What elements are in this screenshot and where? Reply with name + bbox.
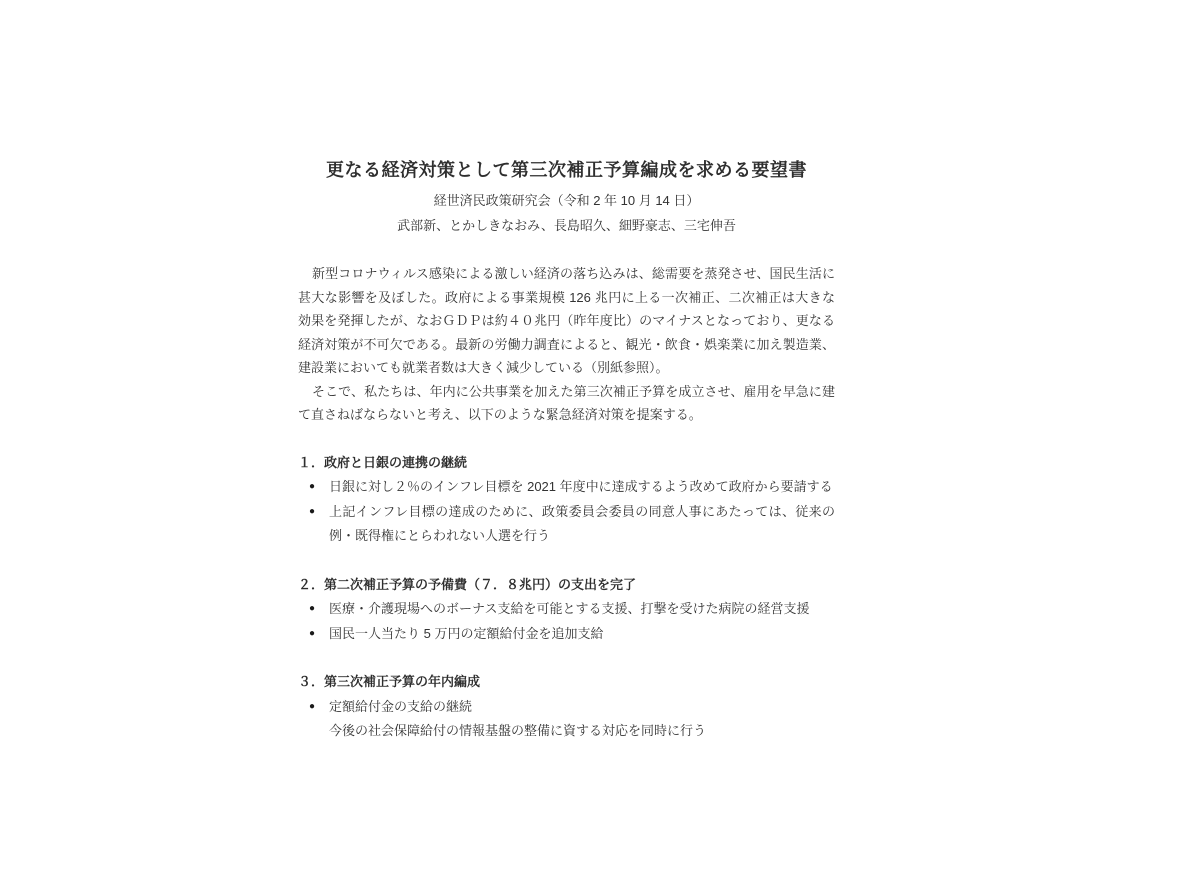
- intro-paragraphs: 新型コロナウィルス感染による激しい経済の落ち込みは、総需要を蒸発させ、国民生活に…: [298, 262, 835, 427]
- bullet-icon: ●: [309, 695, 329, 720]
- bullet-text: 定額給付金の支給の継続: [329, 695, 835, 720]
- document-page: 更なる経済対策として第三次補正予算編成を求める要望書 経世済民政策研究会（令和 …: [298, 158, 835, 744]
- paragraph-2: そこで、私たちは、年内に公共事業を加えた第三次補正予算を成立させ、雇用を早急に建…: [298, 380, 835, 427]
- paragraph-line: 経済対策が不可欠である。最新の労働力調査によると、観光・飲食・娯楽業に加え製造業…: [298, 333, 835, 357]
- bullet-icon: ●: [309, 622, 329, 647]
- bullet-item: ● 上記インフレ目標の達成のために、政策委員会委員の同意人事にあたっては、従来の…: [298, 500, 835, 525]
- section-1: １．政府と日銀の連携の継続 ● 日銀に対し２％のインフレ目標を 2021 年度中…: [298, 451, 835, 549]
- bullet-icon: ●: [309, 500, 329, 525]
- bullet-item: ● 医療・介護現場へのボーナス支給を可能とする支援、打撃を受けた病院の経営支援: [298, 597, 835, 622]
- document-title: 更なる経済対策として第三次補正予算編成を求める要望書: [298, 158, 835, 182]
- paragraph-line: 建設業においても就業者数は大きく減少している（別紙参照）。: [298, 356, 835, 380]
- section-2: ２．第二次補正予算の予備費（７．８兆円）の支出を完了 ● 医療・介護現場へのボー…: [298, 573, 835, 647]
- bullet-continuation-line: 今後の社会保障給付の情報基盤の整備に資する対応を同時に行う: [329, 719, 835, 744]
- bullet-icon: ●: [309, 597, 329, 622]
- bullet-icon: ●: [309, 475, 329, 500]
- section-heading: １．政府と日銀の連携の継続: [298, 451, 835, 476]
- bullet-text: 上記インフレ目標の達成のために、政策委員会委員の同意人事にあたっては、従来の慣: [329, 500, 835, 525]
- paragraph-1: 新型コロナウィルス感染による激しい経済の落ち込みは、総需要を蒸発させ、国民生活に…: [298, 262, 835, 380]
- bullet-continuation-line: 例・既得権にとらわれない人選を行う: [329, 524, 835, 549]
- paragraph-line: そこで、私たちは、年内に公共事業を加えた第三次補正予算を成立させ、雇用を早急に建: [298, 380, 835, 404]
- bullet-text: 医療・介護現場へのボーナス支給を可能とする支援、打撃を受けた病院の経営支援: [329, 597, 835, 622]
- bullet-text: 国民一人当たり 5 万円の定額給付金を追加支給: [329, 622, 835, 647]
- section-3: ３．第三次補正予算の年内編成 ● 定額給付金の支給の継続 今後の社会保障給付の情…: [298, 670, 835, 744]
- document-subtitle: 経世済民政策研究会（令和 2 年 10 月 14 日）: [298, 188, 835, 213]
- section-heading: ２．第二次補正予算の予備費（７．８兆円）の支出を完了: [298, 573, 835, 598]
- bullet-item: ● 国民一人当たり 5 万円の定額給付金を追加支給: [298, 622, 835, 647]
- section-heading: ３．第三次補正予算の年内編成: [298, 670, 835, 695]
- paragraph-line: 新型コロナウィルス感染による激しい経済の落ち込みは、総需要を蒸発させ、国民生活に: [298, 262, 835, 286]
- paragraph-line: て直さねばならないと考え、以下のような緊急経済対策を提案する。: [298, 403, 835, 427]
- bullet-item: ● 日銀に対し２％のインフレ目標を 2021 年度中に達成するよう改めて政府から…: [298, 475, 835, 500]
- paragraph-line: 甚大な影響を及ぼした。政府による事業規模 126 兆円に上る一次補正、二次補正は…: [298, 286, 835, 310]
- bullet-item: ● 定額給付金の支給の継続: [298, 695, 835, 720]
- bullet-text: 日銀に対し２％のインフレ目標を 2021 年度中に達成するよう改めて政府から要請…: [329, 475, 835, 500]
- paragraph-line: 効果を発揮したが、なおＧＤＰは約４０兆円（昨年度比）のマイナスとなっており、更な…: [298, 309, 835, 333]
- document-authors: 武部新、とかしきなおみ、長島昭久、細野豪志、三宅伸吾: [298, 213, 835, 238]
